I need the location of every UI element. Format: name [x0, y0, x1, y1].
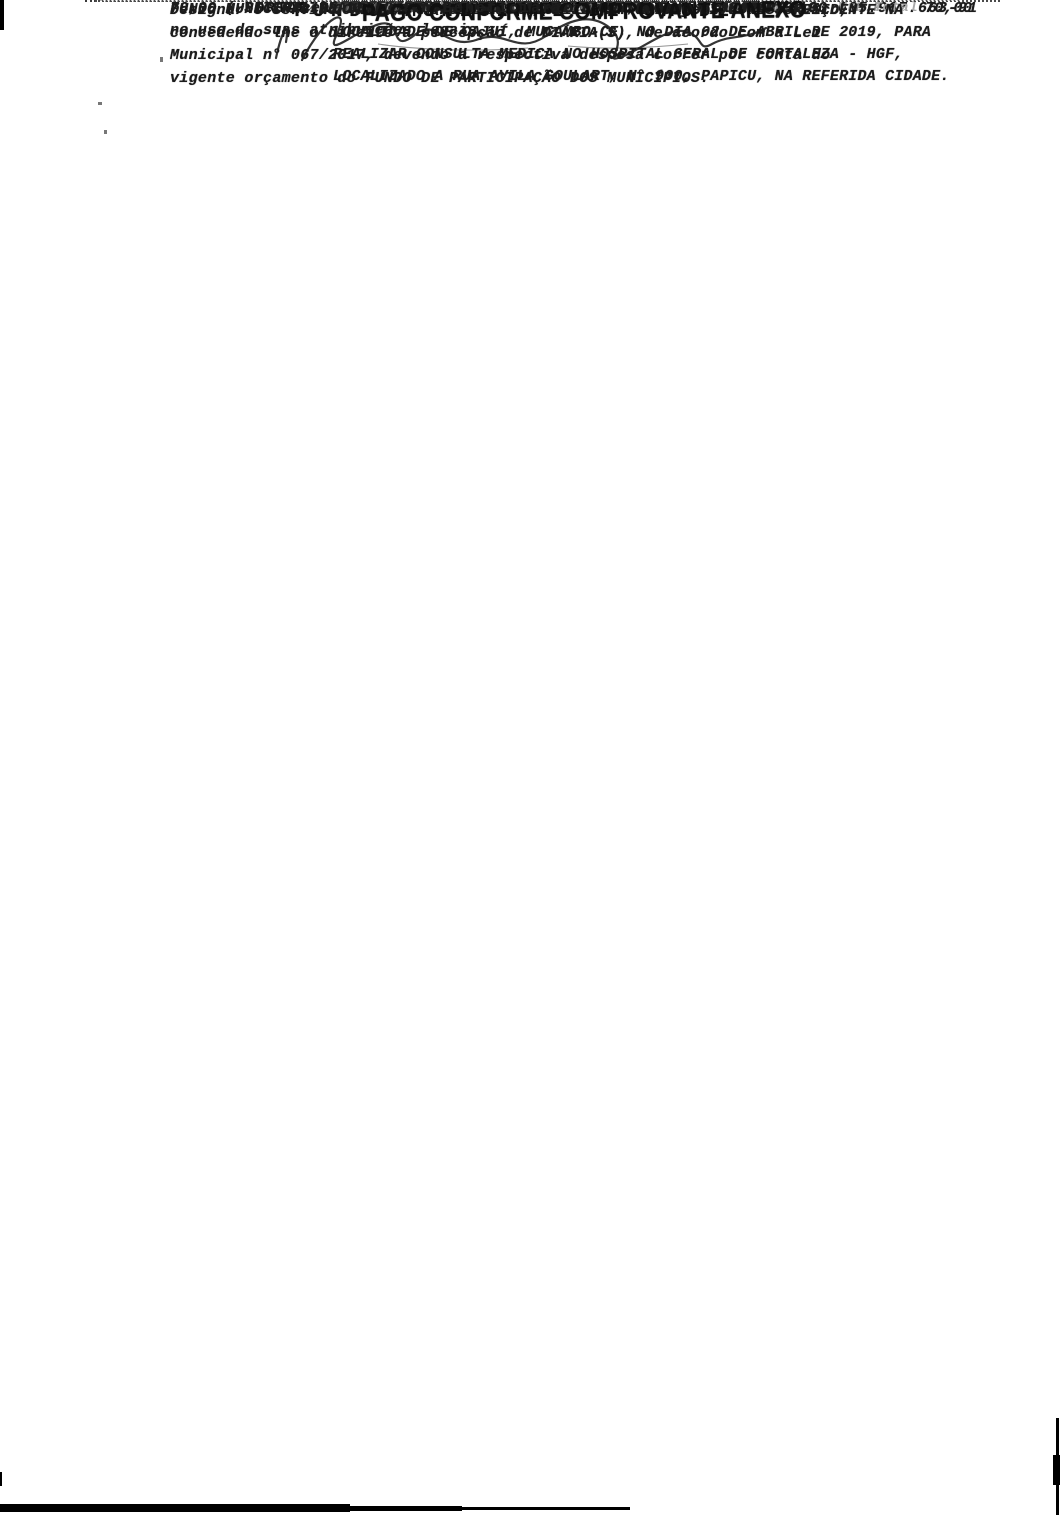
scan-artifact [160, 57, 163, 62]
scan-artifact [462, 1507, 630, 1510]
scan-artifact [350, 1506, 462, 1511]
scan-artifact [1053, 1455, 1060, 1485]
paid-stamp: PAGO CONFORME COMPROVANTE ANEXO [362, 0, 806, 28]
scan-artifact [0, 1504, 350, 1512]
scanned-document-page: Estado do Ceará FUNDO MUNICIPAL DE SAUDE… [0, 0, 1060, 1515]
faint-dotted-line [100, 0, 960, 1]
beneficiary-label: Beneficiário [443, 0, 575, 17]
scan-artifact [104, 130, 107, 134]
scan-artifact [98, 102, 102, 105]
scan-artifact [0, 1472, 2, 1486]
